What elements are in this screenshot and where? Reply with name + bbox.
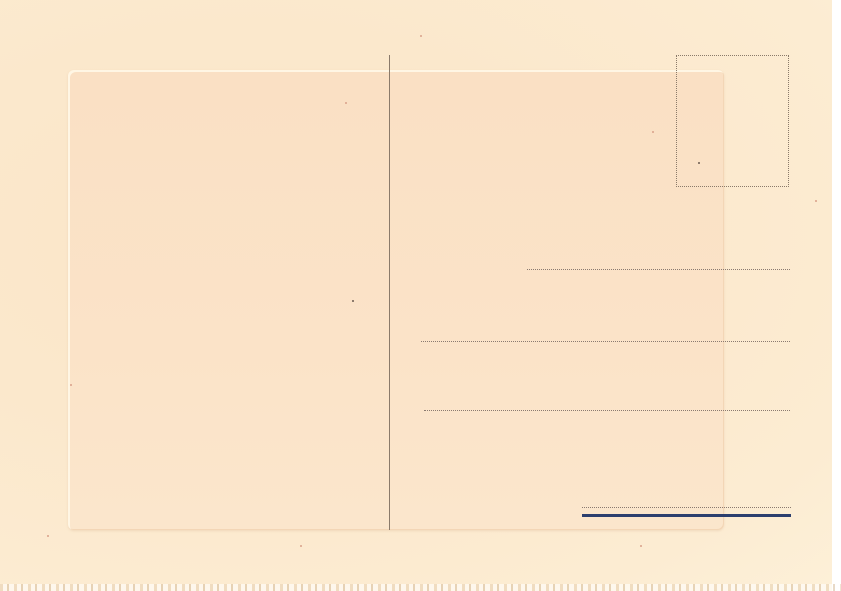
embossed-message-panel	[68, 70, 724, 530]
paper-speck	[352, 300, 354, 302]
address-line-4	[582, 507, 791, 508]
paper-speck	[652, 131, 654, 133]
postcard-back	[0, 0, 836, 591]
paper-speck	[300, 545, 302, 547]
paper-speck	[345, 102, 347, 104]
scan-right-edge	[832, 0, 841, 591]
stamp-placeholder-box	[676, 55, 789, 187]
paper-speck	[698, 162, 700, 164]
paper-speck	[640, 545, 642, 547]
paper-speck	[70, 384, 72, 386]
paper-speck	[815, 200, 817, 202]
address-underline-bar	[582, 514, 791, 517]
address-line-3	[424, 410, 790, 411]
address-line-1	[527, 269, 790, 270]
scan-bottom-edge	[0, 584, 841, 591]
paper-speck	[47, 535, 49, 537]
address-line-2	[421, 341, 790, 342]
paper-speck	[420, 35, 422, 37]
center-divider-line	[389, 55, 390, 530]
